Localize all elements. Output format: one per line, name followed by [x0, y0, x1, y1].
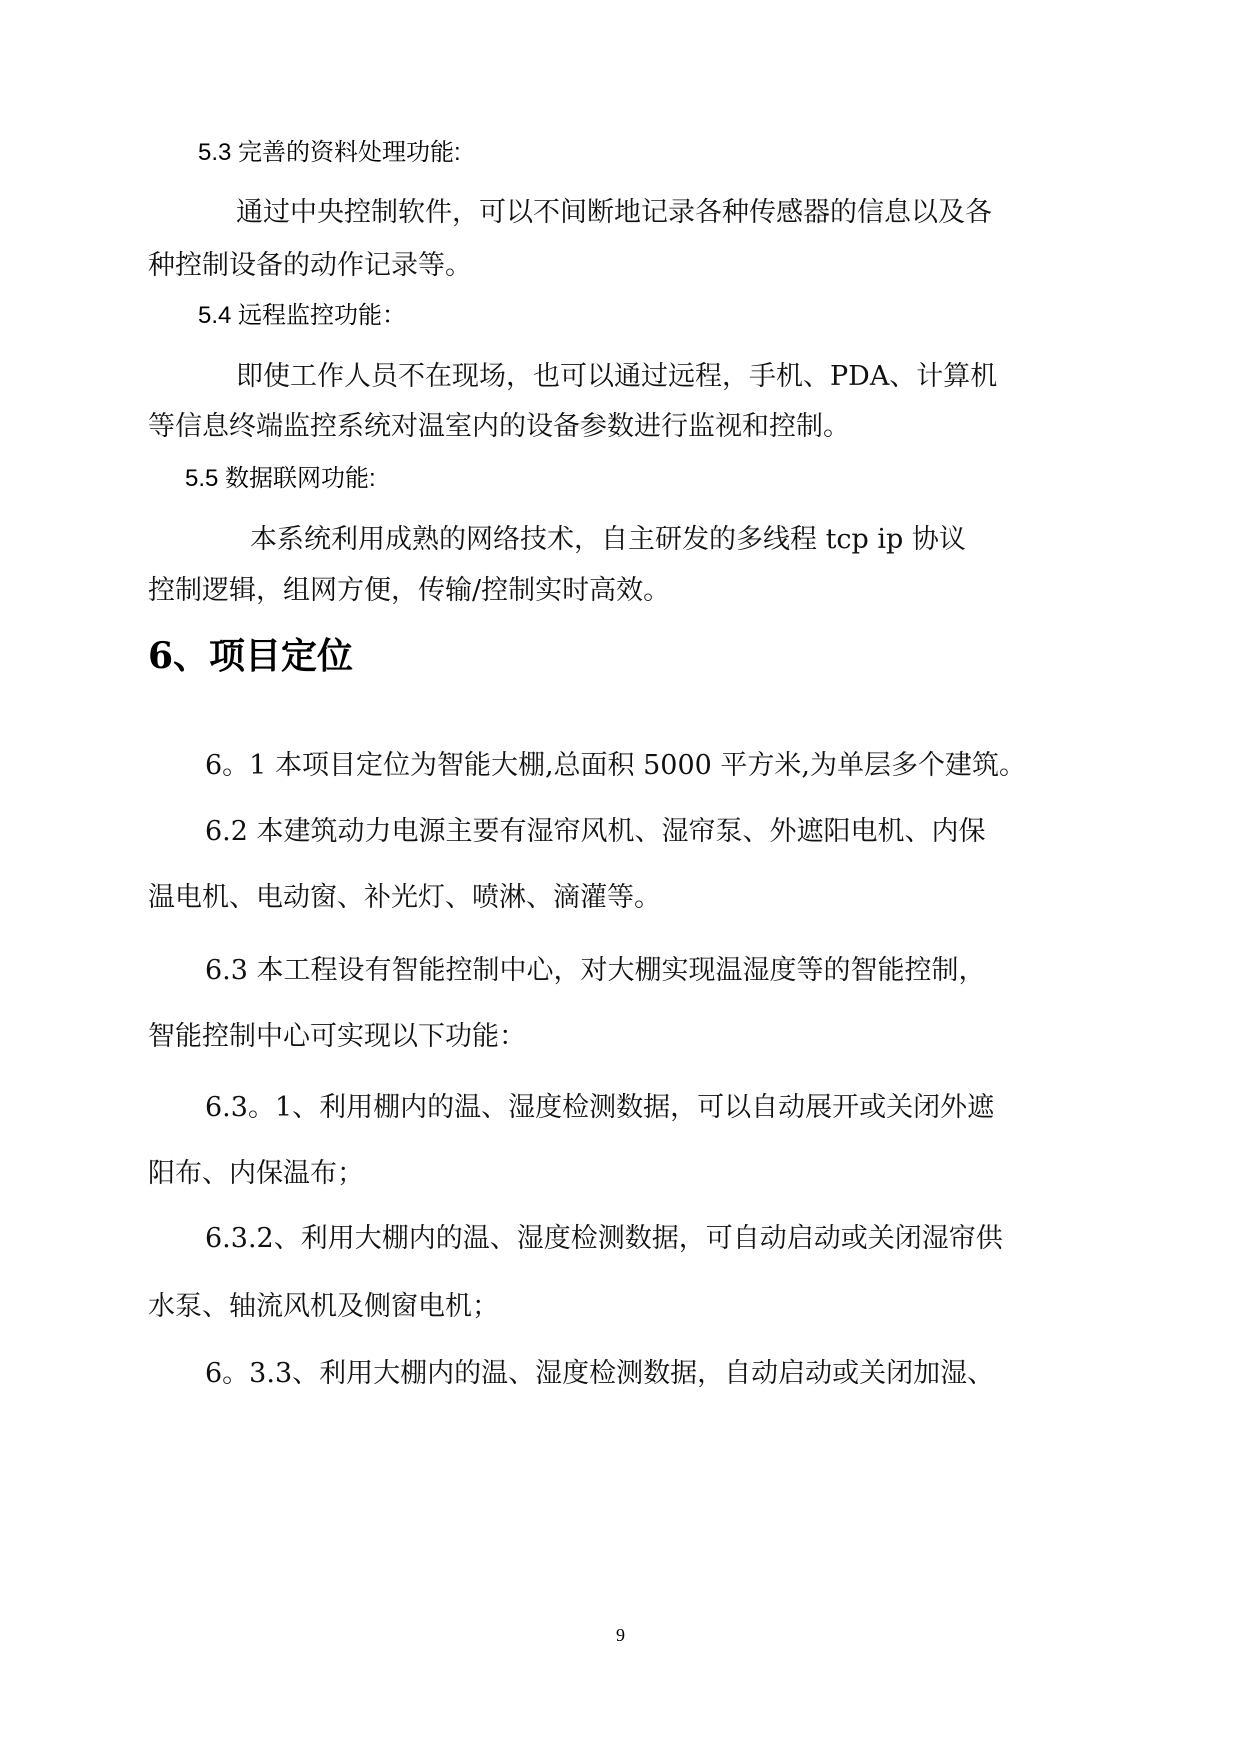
item-6-3-3: 6。3.3、利用大棚内的温、湿度检测数据，自动启动或关闭加湿、: [205, 1357, 994, 1391]
paragraph-line: 即使工作人员不在现场，也可以通过远程，手机、PDA、计算机: [236, 360, 997, 394]
item-6-3-2-cont: 水泵、轴流风机及侧窗电机；: [148, 1290, 499, 1324]
item-6-3-cont: 智能控制中心可实现以下功能：: [148, 1020, 526, 1054]
paragraph-line: 通过中央控制软件，可以不间断地记录各种传感器的信息以及各: [236, 196, 992, 230]
paragraph-line: 控制逻辑，组网方便，传输/控制实时高效。: [148, 574, 670, 608]
section-heading-5-5: 5.5 数据联网功能:: [185, 462, 376, 496]
item-6-2: 6.2 本建筑动力电源主要有湿帘风机、湿帘泵、外遮阳电机、内保: [205, 815, 986, 849]
item-6-3-1-cont: 阳布、内保温布；: [148, 1157, 364, 1191]
paragraph-line: 本系统利用成熟的网络技术，自主研发的多线程 tcp ip 协议: [250, 523, 966, 557]
chapter-title: 6、项目定位: [148, 634, 353, 678]
page-number: 9: [0, 1625, 1241, 1646]
item-6-3: 6.3 本工程设有智能控制中心，对大棚实现温湿度等的智能控制，: [205, 954, 986, 988]
section-heading-5-4: 5.4 远程监控功能：: [198, 299, 406, 333]
paragraph-line: 种控制设备的动作记录等。: [148, 249, 472, 283]
paragraph-line: 等信息终端监控系统对温室内的设备参数进行监视和控制。: [148, 410, 850, 444]
item-6-3-1: 6.3。1、利用棚内的温、湿度检测数据，可以自动展开或关闭外遮: [205, 1091, 994, 1125]
item-6-1: 6。1 本项目定位为智能大棚,总面积 5000 平方米,为单层多个建筑。: [205, 749, 1026, 783]
item-6-3-2: 6.3.2、利用大棚内的温、湿度检测数据，可自动启动或关闭湿帘供: [205, 1222, 1003, 1256]
item-6-2-cont: 温电机、电动窗、补光灯、喷淋、滴灌等。: [148, 881, 661, 915]
section-heading-5-3: 5.3 完善的资料处理功能:: [198, 136, 461, 170]
